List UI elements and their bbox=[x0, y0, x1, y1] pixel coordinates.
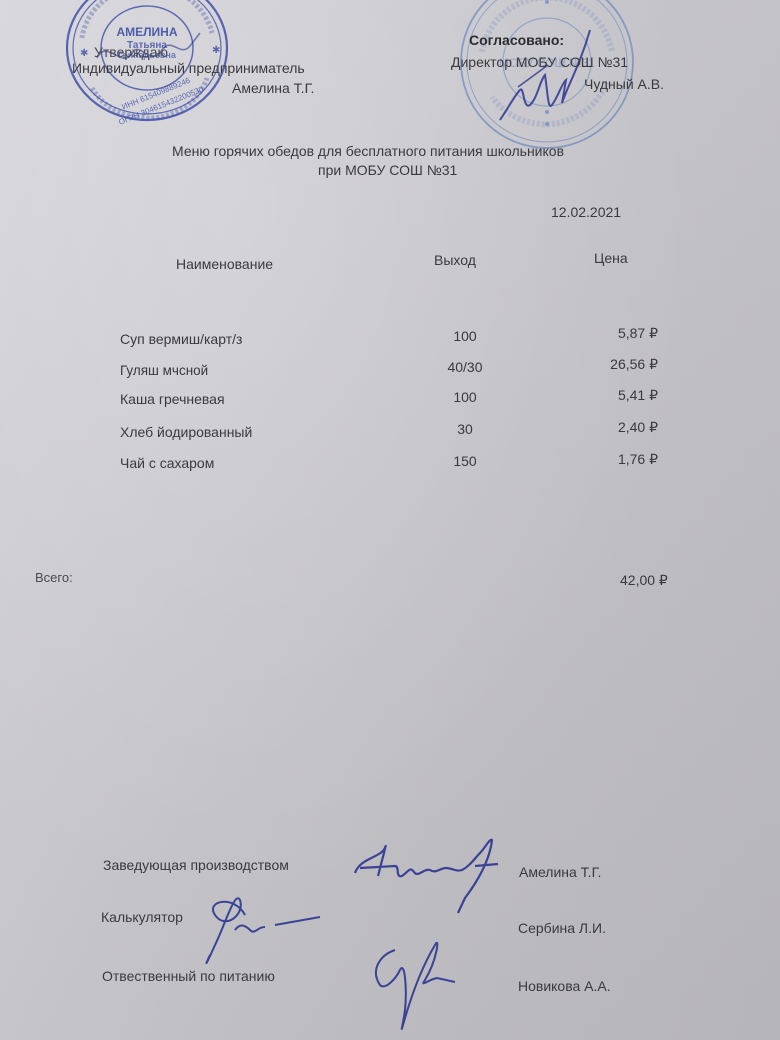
director-title: Директор МОБУ СОШ №31 bbox=[451, 54, 628, 70]
row-output: 100 bbox=[425, 389, 505, 405]
signature-amelina bbox=[340, 828, 530, 928]
header-name: Наименование bbox=[176, 256, 273, 272]
signature-serbina bbox=[195, 885, 335, 975]
agreed-label: Согласовано: bbox=[469, 32, 564, 48]
row-price: 2,40 ₽ bbox=[548, 419, 658, 436]
svg-text:АМЕЛИНА: АМЕЛИНА bbox=[116, 25, 177, 39]
svg-text:✱: ✱ bbox=[212, 45, 220, 56]
svg-text:ОГРН 304615432200530: ОГРН 304615432200530 bbox=[117, 84, 205, 127]
header-price: Цена bbox=[594, 250, 628, 266]
document-title: Меню горячих обедов для бесплатного пита… bbox=[172, 143, 564, 159]
row-price: 1,76 ₽ bbox=[548, 451, 658, 468]
document-subtitle: при МОБУ СОШ №31 bbox=[318, 162, 457, 178]
approver-name: Амелина Т.Г. bbox=[232, 80, 314, 96]
row-name: Хлеб йодированный bbox=[120, 424, 252, 440]
approver-title: Индивидуальный предприниматель bbox=[72, 60, 305, 76]
row-price: 5,41 ₽ bbox=[548, 387, 658, 404]
signature-role: Калькулятор bbox=[101, 909, 183, 925]
row-price: 26,56 ₽ bbox=[548, 356, 658, 373]
signature-name: Новикова А.А. bbox=[518, 978, 611, 994]
total-label: Всего: bbox=[35, 570, 73, 585]
total-value: 42,00 ₽ bbox=[620, 572, 668, 589]
svg-text:✱: ✱ bbox=[80, 48, 88, 59]
row-output: 30 bbox=[425, 421, 505, 437]
signature-role: Отвественный по питанию bbox=[102, 968, 275, 984]
approval-label: Утверждаю bbox=[94, 44, 168, 60]
row-output: 40/30 bbox=[425, 359, 505, 375]
row-output: 150 bbox=[425, 453, 505, 469]
director-name: Чудный А.В. bbox=[584, 76, 664, 92]
row-name: Суп вермиш/карт/з bbox=[120, 331, 242, 347]
row-output: 100 bbox=[425, 328, 505, 344]
row-name: Чай с сахаром bbox=[120, 455, 214, 471]
signature-name: Сербина Л.И. bbox=[518, 920, 606, 936]
signature-role: Заведующая производством bbox=[103, 857, 289, 873]
signature-novikova bbox=[365, 930, 475, 1040]
row-name: Каша гречневая bbox=[120, 391, 225, 407]
row-name: Гуляш мчсной bbox=[120, 363, 208, 378]
signature-name: Амелина Т.Г. bbox=[519, 864, 601, 880]
document-date: 12.02.2021 bbox=[551, 204, 621, 220]
header-output: Выход bbox=[434, 252, 476, 268]
svg-text:ИНН 615409889246: ИНН 615409889246 bbox=[121, 76, 192, 112]
row-price: 5,87 ₽ bbox=[548, 325, 658, 342]
